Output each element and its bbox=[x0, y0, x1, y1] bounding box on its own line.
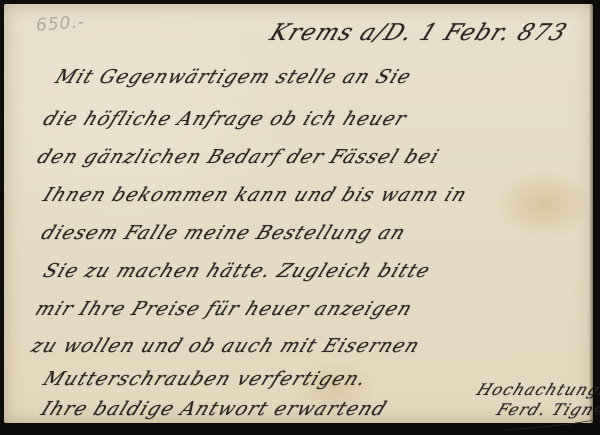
pencil-price-note: 650.- bbox=[35, 12, 85, 35]
body-line-9: Mutterschrauben verfertigen. bbox=[40, 368, 371, 390]
body-line-1: Mit Gegenwärtigem stelle an Sie bbox=[52, 66, 415, 88]
body-line-8: zu wollen und ob auch mit Eisernen bbox=[28, 335, 424, 357]
body-line-4: Ihnen bekommen kann und bis wann in bbox=[40, 184, 471, 206]
dateline: Krems a/D. 1 Febr. 873 bbox=[266, 20, 571, 46]
body-line-6: Sie zu machen hätte. Zugleich bitte bbox=[40, 260, 434, 282]
signature-block: Hochachtungsvoll Ferd. Tigner bbox=[474, 380, 600, 430]
signature-name: Ferd. Tigner bbox=[494, 400, 600, 419]
body-line-10: Ihre baldige Antwort erwartend bbox=[38, 398, 391, 420]
body-line-3: den gänzlichen Bedarf der Fässel bei bbox=[34, 146, 443, 168]
postcard: 650.- Krems a/D. 1 Febr. 873 Mit Gegenwä… bbox=[4, 4, 593, 423]
signature-closing: Hochachtungsvoll bbox=[474, 380, 600, 399]
body-line-7: mir Ihre Preise für heuer anzeigen bbox=[32, 298, 416, 320]
body-line-2: die höfliche Anfrage ob ich heuer bbox=[40, 108, 411, 130]
body-line-5: diesem Falle meine Bestellung an bbox=[38, 222, 410, 244]
